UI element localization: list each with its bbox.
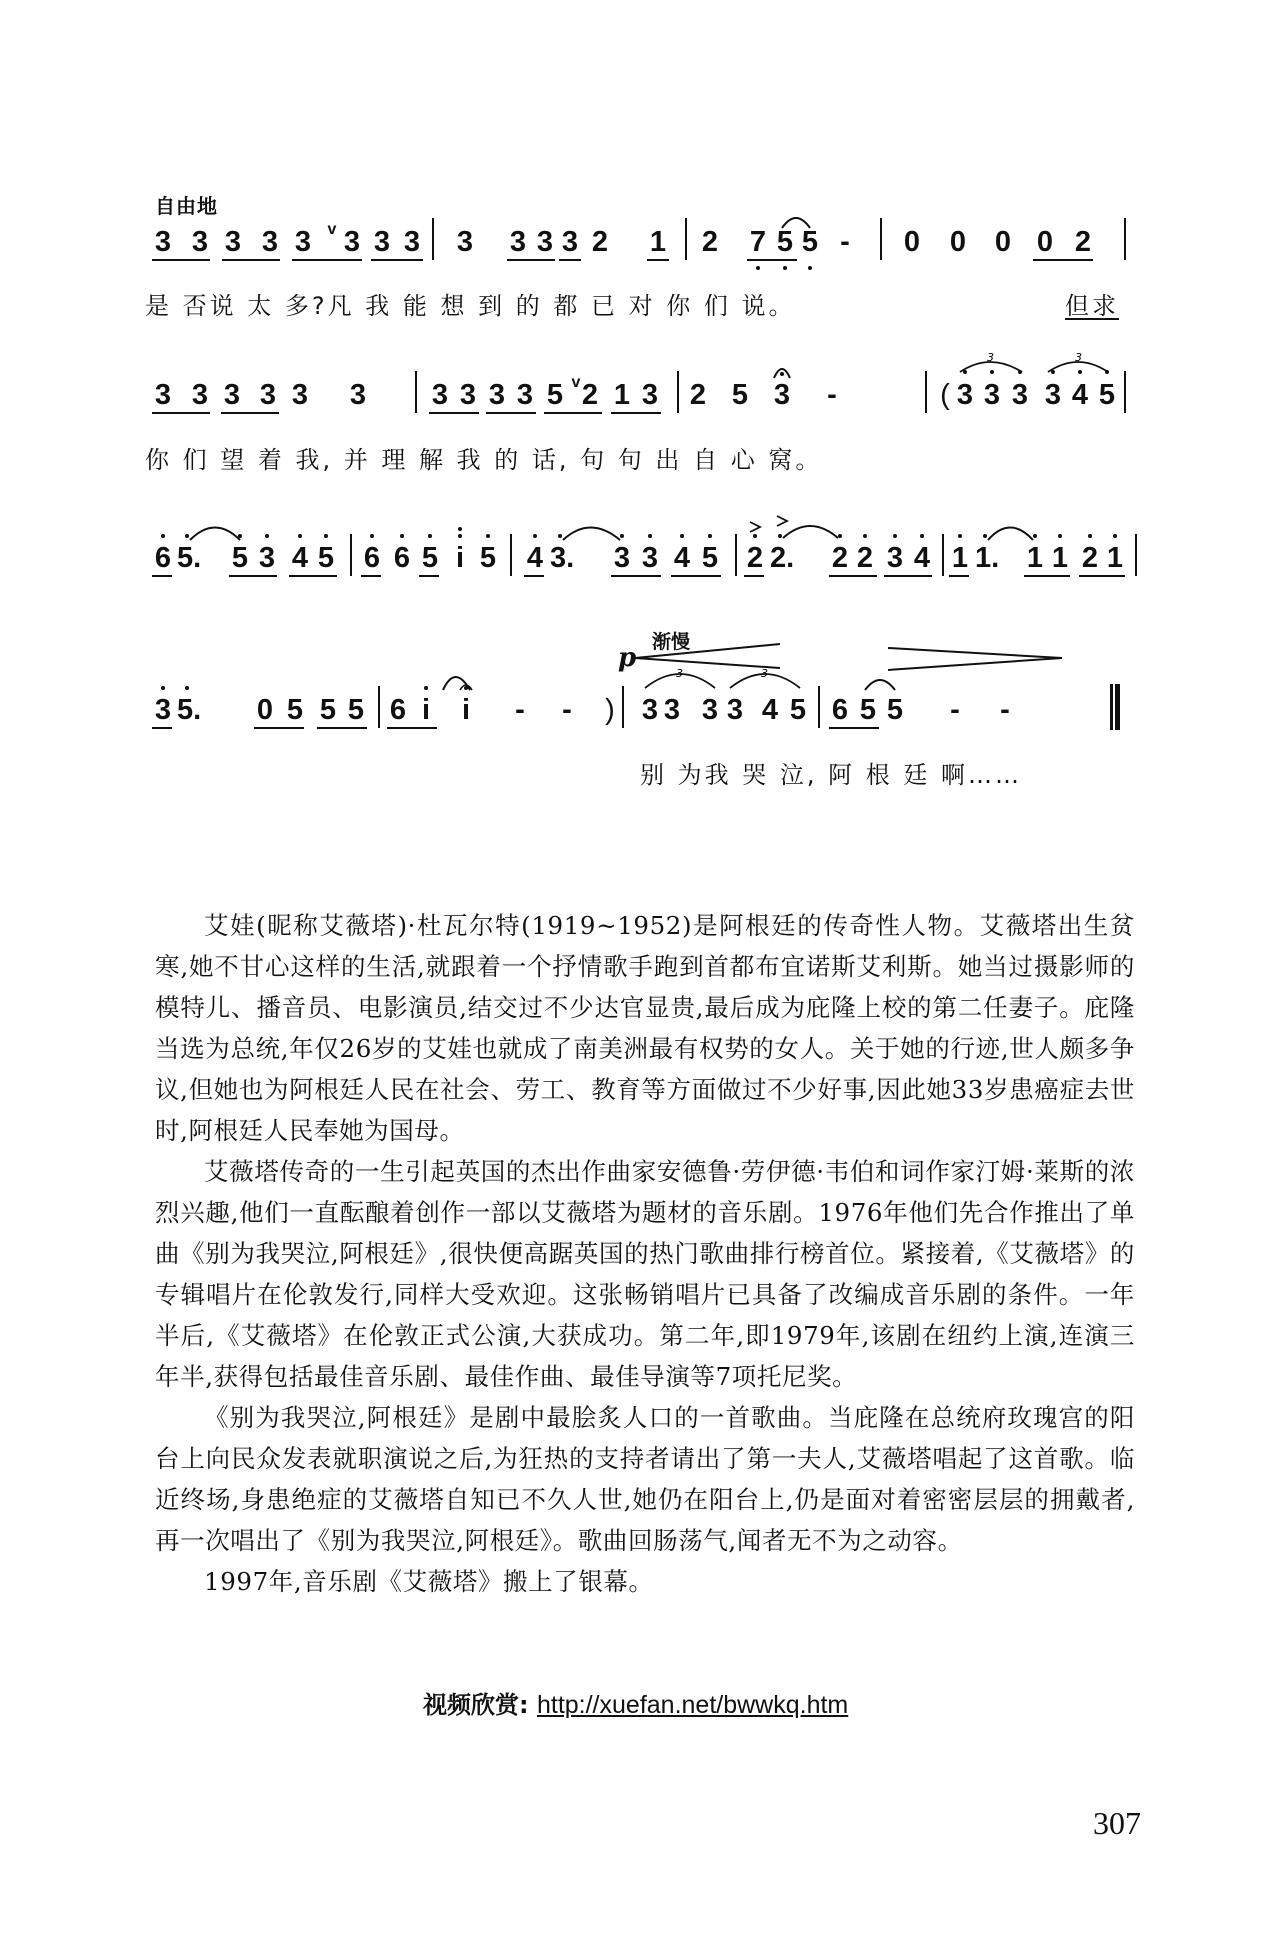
tempo-marking: 自由地 <box>155 190 218 219</box>
article-paragraph-1: 艾娃(昵称艾薇塔)·杜瓦尔特(1919~1952)是阿根廷的传奇性人物。艾薇塔出… <box>155 905 1135 1151</box>
ritardando-marking: 渐慢 <box>652 627 690 654</box>
video-label: 视频欣赏: <box>423 1691 529 1719</box>
svg-text:3: 3 <box>676 667 683 680</box>
article-body: 艾娃(昵称艾薇塔)·杜瓦尔特(1919~1952)是阿根廷的传奇性人物。艾薇塔出… <box>155 905 1135 1602</box>
video-url-link[interactable]: http://xuefan.net/bwwkq.htm <box>537 1691 848 1719</box>
video-link-line: 视频欣赏: http://xuefan.net/bwwkq.htm <box>423 1685 848 1720</box>
lyrics-row-2: 你 们 望 着 我, 并 理 解 我 的 话, 句 句 出 自 心 窝。 <box>145 440 822 475</box>
score-row-2: 33 33 3 3 33 33 5 v 2 13 2 5 3 - ( 333 3… <box>0 375 1272 415</box>
lyrics-pickup: 但求 <box>1065 286 1119 321</box>
article-paragraph-4: 1997年,音乐剧《艾薇塔》搬上了银幕。 <box>155 1561 1135 1602</box>
page-number: 307 <box>1093 1805 1141 1842</box>
article-paragraph-3: 《别为我哭泣,阿根廷》是剧中最脍炙人口的一首歌曲。当庇隆在总统府玫瑰宫的阳台上向… <box>155 1397 1135 1561</box>
svg-text:3: 3 <box>761 667 768 680</box>
lyrics-row-4: 别 为我 哭 泣, 阿 根 廷 啊…… <box>640 755 1022 790</box>
score-row-3: 65. 53 45 66 5i 5 43. 33 45 22. 22 34 11… <box>0 538 1272 578</box>
score-row-1: 33 33 3 v 3 33 3 33 3 2 1 2 75 5 - 0 0 0… <box>0 222 1272 262</box>
article-paragraph-2: 艾薇塔传奇的一生引起英国的杰出作曲家安德鲁·劳伊德·韦伯和词作家汀姆·莱斯的浓烈… <box>155 1151 1135 1397</box>
svg-text:3: 3 <box>987 351 994 364</box>
svg-text:3: 3 <box>1075 351 1082 364</box>
lyrics-row-1: 是 否说 太 多?凡 我 能 想 到 的 都 已 对 你 们 说。 <box>145 286 796 321</box>
score-row-4: 35. 05 55 6i i -- ) 33 33 45 65 5 -- <box>0 690 1272 730</box>
piano-dynamic: p <box>618 643 636 673</box>
